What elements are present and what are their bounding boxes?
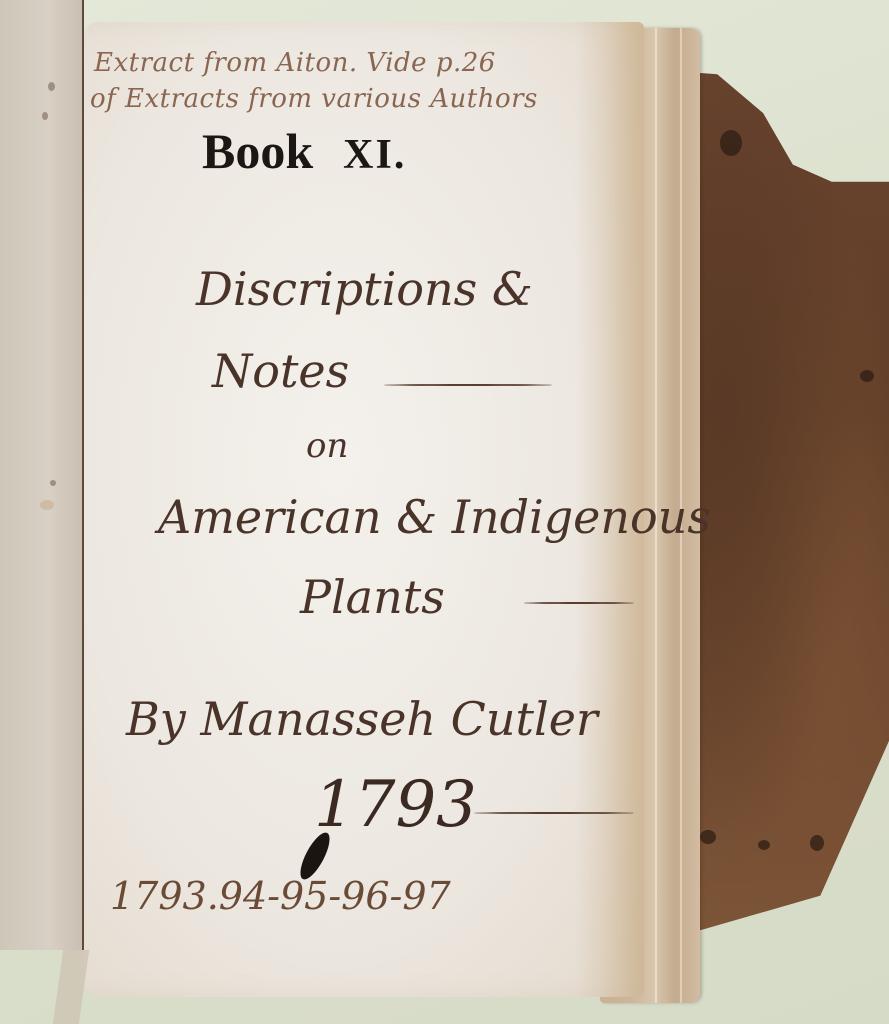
book-label: BookXI. bbox=[202, 122, 406, 180]
flourish-line bbox=[384, 384, 552, 386]
leather-blemish bbox=[810, 835, 824, 851]
leather-blemish bbox=[860, 370, 874, 382]
title-line-5: Plants bbox=[300, 570, 445, 624]
facing-page-left bbox=[0, 0, 84, 950]
foxing-spot bbox=[42, 112, 48, 120]
photo-scene: Extract from Aiton. Vide p.26 of Extract… bbox=[0, 0, 889, 1024]
years-range: 1793.94-95-96-97 bbox=[110, 874, 451, 918]
leather-blemish bbox=[758, 840, 770, 850]
flourish-line bbox=[474, 812, 634, 814]
title-line-4: American & Indigenous bbox=[158, 490, 711, 544]
title-line-2: Notes bbox=[212, 344, 349, 398]
annotation-line-2: of Extracts from various Authors bbox=[90, 84, 538, 114]
title-year: 1793 bbox=[314, 768, 477, 842]
leather-blemish bbox=[700, 830, 716, 844]
leather-blemish bbox=[720, 130, 742, 156]
flourish-line bbox=[524, 602, 634, 604]
book-word: Book bbox=[202, 123, 313, 179]
foxing-spot bbox=[48, 82, 55, 91]
title-line-3: on bbox=[306, 426, 348, 466]
annotation-line-1: Extract from Aiton. Vide p.26 bbox=[94, 48, 496, 78]
foxing-spot bbox=[50, 480, 56, 486]
book-number: XI. bbox=[343, 132, 406, 178]
author-byline: By Manasseh Cutler bbox=[126, 692, 598, 746]
title-line-1: Discriptions & bbox=[196, 262, 533, 316]
title-page: Extract from Aiton. Vide p.26 of Extract… bbox=[84, 22, 644, 997]
foxing-spot bbox=[40, 500, 54, 510]
